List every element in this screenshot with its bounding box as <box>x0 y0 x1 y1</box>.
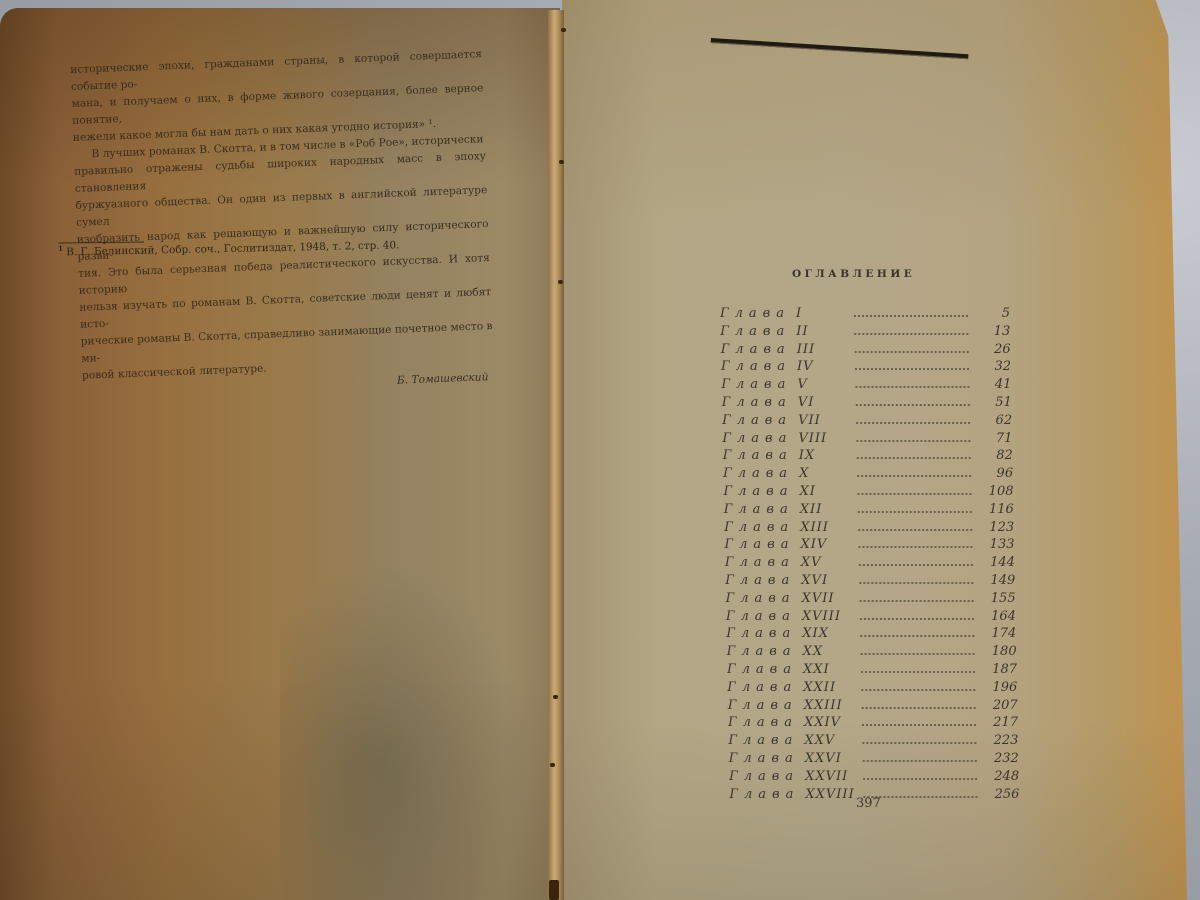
chapter-page: 187 <box>983 662 1017 677</box>
chapter-numeral: XXVI <box>805 751 857 766</box>
chapter-word: Глава <box>729 787 805 802</box>
leader-dots <box>859 564 973 566</box>
afterword-text: исторические эпохи, гражданами страны, в… <box>70 46 495 402</box>
chapter-numeral: VIII <box>798 431 850 446</box>
toc-entry: ГлаваXXIII207 <box>728 698 1018 716</box>
chapter-page: 223 <box>984 733 1018 748</box>
toc-entry: ГлаваXI108 <box>724 484 1014 502</box>
chapter-page: 174 <box>982 626 1016 641</box>
chapter-page: 164 <box>982 609 1016 624</box>
leader-dots <box>857 457 971 459</box>
table-of-contents: ГлаваI5ГлаваII13ГлаваIII26ГлаваIV32Глава… <box>720 306 1010 804</box>
chapter-numeral: XV <box>801 555 853 570</box>
chapter-word: Глава <box>724 502 800 517</box>
chapter-numeral: XXI <box>803 662 855 677</box>
chapter-word: Глава <box>726 591 802 606</box>
chapter-numeral: XI <box>800 484 852 499</box>
toc-entry: ГлаваXVII155 <box>726 591 1016 609</box>
toc-entry: ГлаваXXI187 <box>727 662 1017 680</box>
toc-entry: ГлаваXXVI232 <box>729 751 1019 769</box>
chapter-numeral: IV <box>797 359 849 374</box>
chapter-page: 82 <box>979 448 1013 463</box>
toc-entry: ГлаваVII62 <box>722 413 1012 431</box>
leader-dots <box>861 689 975 691</box>
toc-entry: ГлаваXX180 <box>727 644 1017 662</box>
chapter-word: Глава <box>721 377 797 392</box>
leader-dots <box>854 333 968 335</box>
toc-entry: ГлаваI5 <box>720 306 1010 324</box>
chapter-word: Глава <box>726 609 802 624</box>
toc-entry: ГлаваIV32 <box>721 359 1011 377</box>
open-book: исторические эпохи, гражданами страны, в… <box>0 0 1200 900</box>
chapter-numeral: XXV <box>804 733 856 748</box>
toc-entry: ГлаваVIII71 <box>722 431 1012 449</box>
chapter-numeral: XX <box>803 644 855 659</box>
toc-entry: ГлаваIII26 <box>721 342 1011 360</box>
chapter-word: Глава <box>720 324 796 339</box>
chapter-page: 180 <box>983 644 1017 659</box>
chapter-numeral: XVI <box>801 573 853 588</box>
toc-entry: ГлаваX96 <box>723 466 1013 484</box>
chapter-numeral: II <box>796 324 848 339</box>
chapter-word: Глава <box>723 466 799 481</box>
leader-dots <box>854 315 968 317</box>
leader-dots <box>855 351 969 353</box>
chapter-numeral: I <box>796 306 848 321</box>
chapter-page: 116 <box>980 502 1014 517</box>
chapter-page: 133 <box>981 537 1015 552</box>
chapter-word: Глава <box>721 359 797 374</box>
chapter-word: Глава <box>722 431 798 446</box>
toc-entry: ГлаваXVI149 <box>725 573 1015 591</box>
chapter-numeral: XXIV <box>804 715 856 730</box>
chapter-page: 196 <box>983 680 1017 695</box>
chapter-word: Глава <box>722 413 798 428</box>
chapter-word: Глава <box>725 573 801 588</box>
toc-entry: ГлаваXXIV217 <box>728 715 1018 733</box>
chapter-numeral: XXIII <box>804 698 856 713</box>
page-number: 397 <box>856 796 881 811</box>
toc-entry: ГлаваVI51 <box>722 395 1012 413</box>
leader-dots <box>863 778 977 780</box>
chapter-page: 62 <box>978 413 1012 428</box>
chapter-page: 5 <box>976 306 1010 321</box>
toc-entry: ГлаваXIII123 <box>724 520 1014 538</box>
toc-entry: ГлаваXXV223 <box>728 733 1018 751</box>
toc-entry: ГлаваIX82 <box>723 448 1013 466</box>
chapter-page: 123 <box>980 520 1014 535</box>
chapter-numeral: XXII <box>803 680 855 695</box>
chapter-page: 232 <box>985 751 1019 766</box>
chapter-word: Глава <box>726 626 802 641</box>
leader-dots <box>862 724 976 726</box>
chapter-word: Глава <box>721 342 797 357</box>
chapter-page: 155 <box>982 591 1016 606</box>
leader-dots <box>863 760 977 762</box>
chapter-word: Глава <box>724 520 800 535</box>
chapter-numeral: XIX <box>802 626 854 641</box>
chapter-word: Глава <box>724 484 800 499</box>
leader-dots <box>860 635 974 637</box>
chapter-word: Глава <box>729 769 805 784</box>
leader-dots <box>861 653 975 655</box>
chapter-word: Глава <box>720 306 796 321</box>
leader-dots <box>861 671 975 673</box>
leader-dots <box>859 582 973 584</box>
leader-dots <box>860 600 974 602</box>
chapter-numeral: XVIII <box>802 609 854 624</box>
chapter-page: 144 <box>981 555 1015 570</box>
leader-dots <box>855 368 969 370</box>
footnote-mark: 1 <box>58 244 63 253</box>
toc-entry: ГлаваII13 <box>720 324 1010 342</box>
chapter-page: 207 <box>984 698 1018 713</box>
toc-entry: ГлаваXVIII164 <box>726 609 1016 627</box>
leader-dots <box>856 440 970 442</box>
chapter-numeral: VII <box>798 413 850 428</box>
chapter-numeral: XXVIII <box>805 787 857 802</box>
chapter-word: Глава <box>728 698 804 713</box>
chapter-numeral: III <box>797 342 849 357</box>
chapter-numeral: XIII <box>800 520 852 535</box>
chapter-numeral: IX <box>799 448 851 463</box>
chapter-word: Глава <box>728 733 804 748</box>
leader-dots <box>862 707 976 709</box>
camera-shadow <box>280 560 530 900</box>
chapter-page: 51 <box>978 395 1012 410</box>
leader-dots <box>857 475 971 477</box>
chapter-word: Глава <box>727 644 803 659</box>
chapter-page: 108 <box>980 484 1014 499</box>
chapter-word: Глава <box>722 395 798 410</box>
toc-title: ОГЛАВЛЕНИЕ <box>792 268 915 280</box>
leader-dots <box>856 422 970 424</box>
chapter-page: 13 <box>976 324 1010 339</box>
chapter-numeral: XVII <box>802 591 854 606</box>
chapter-page: 217 <box>984 715 1018 730</box>
chapter-numeral: X <box>799 466 851 481</box>
chapter-numeral: XII <box>800 502 852 517</box>
chapter-word: Глава <box>729 751 805 766</box>
chapter-word: Глава <box>727 680 803 695</box>
chapter-numeral: VI <box>798 395 850 410</box>
chapter-page: 32 <box>977 359 1011 374</box>
chapter-word: Глава <box>727 662 803 677</box>
chapter-page: 41 <box>977 377 1011 392</box>
chapter-page: 26 <box>977 342 1011 357</box>
leader-dots <box>858 529 972 531</box>
toc-entry: ГлаваXIV133 <box>725 537 1015 555</box>
toc-entry: ГлаваXIX174 <box>726 626 1016 644</box>
leader-dots <box>858 511 972 513</box>
leader-dots <box>856 404 970 406</box>
chapter-numeral: XIV <box>801 537 853 552</box>
chapter-word: Глава <box>725 555 801 570</box>
leader-dots <box>858 493 972 495</box>
leader-dots <box>859 546 973 548</box>
toc-entry: ГлаваXV144 <box>725 555 1015 573</box>
toc-entry: ГлаваXXII196 <box>727 680 1017 698</box>
chapter-page: 256 <box>985 787 1019 802</box>
chapter-page: 71 <box>978 431 1012 446</box>
chapter-page: 96 <box>979 466 1013 481</box>
toc-entry: ГлаваXII116 <box>724 502 1014 520</box>
chapter-word: Глава <box>723 448 799 463</box>
leader-dots <box>860 618 974 620</box>
chapter-word: Глава <box>728 715 804 730</box>
toc-entry: ГлаваXXVII248 <box>729 769 1019 787</box>
leader-dots <box>862 742 976 744</box>
chapter-numeral: XXVII <box>805 769 857 784</box>
chapter-page: 248 <box>985 769 1019 784</box>
chapter-word: Глава <box>725 537 801 552</box>
chapter-page: 149 <box>981 573 1015 588</box>
chapter-numeral: V <box>797 377 849 392</box>
toc-entry: ГлаваV41 <box>721 377 1011 395</box>
leader-dots <box>855 386 969 388</box>
